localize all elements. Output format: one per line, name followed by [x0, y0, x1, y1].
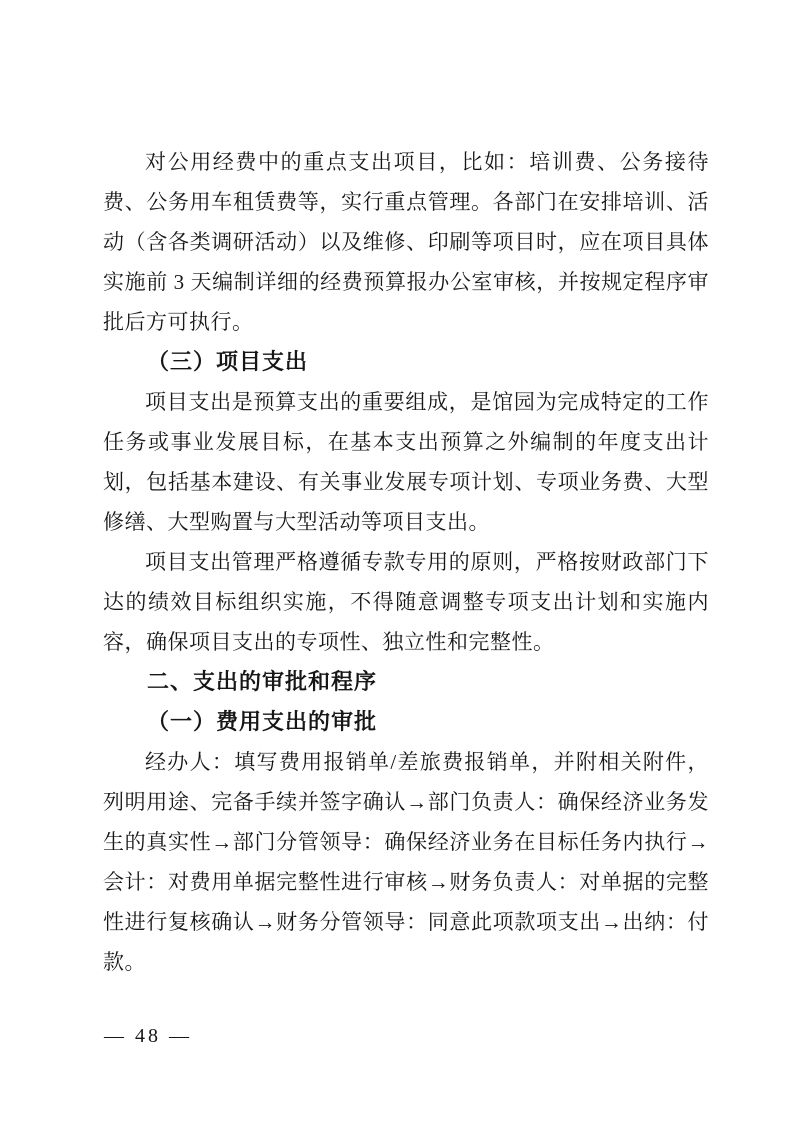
paragraph-approval-workflow: 经办人：填写费用报销单/差旅费报销单，并附相关附件，列明用途、完备手续并签字确认…: [103, 742, 709, 982]
document-page: 对公用经费中的重点支出项目，比如：培训费、公务接待费、公务用车租赁费等，实行重点…: [0, 0, 793, 1122]
heading-chapter-2-approval-and-procedure: 二、支出的审批和程序: [103, 662, 709, 702]
heading-section-3-project-expenditure: （三）项目支出: [103, 342, 709, 382]
page-number-footer: — 48 —: [104, 1022, 192, 1050]
document-content: 对公用经费中的重点支出项目，比如：培训费、公务接待费、公务用车租赁费等，实行重点…: [103, 142, 709, 982]
paragraph-public-funds-key-items: 对公用经费中的重点支出项目，比如：培训费、公务接待费、公务用车租赁费等，实行重点…: [103, 142, 709, 342]
paragraph-project-expenditure-management: 项目支出管理严格遵循专款专用的原则，严格按财政部门下达的绩效目标组织实施，不得随…: [103, 542, 709, 662]
paragraph-project-expenditure-definition: 项目支出是预算支出的重要组成，是馆园为完成特定的工作任务或事业发展目标，在基本支…: [103, 382, 709, 542]
heading-section-1-expense-approval: （一）费用支出的审批: [103, 702, 709, 742]
